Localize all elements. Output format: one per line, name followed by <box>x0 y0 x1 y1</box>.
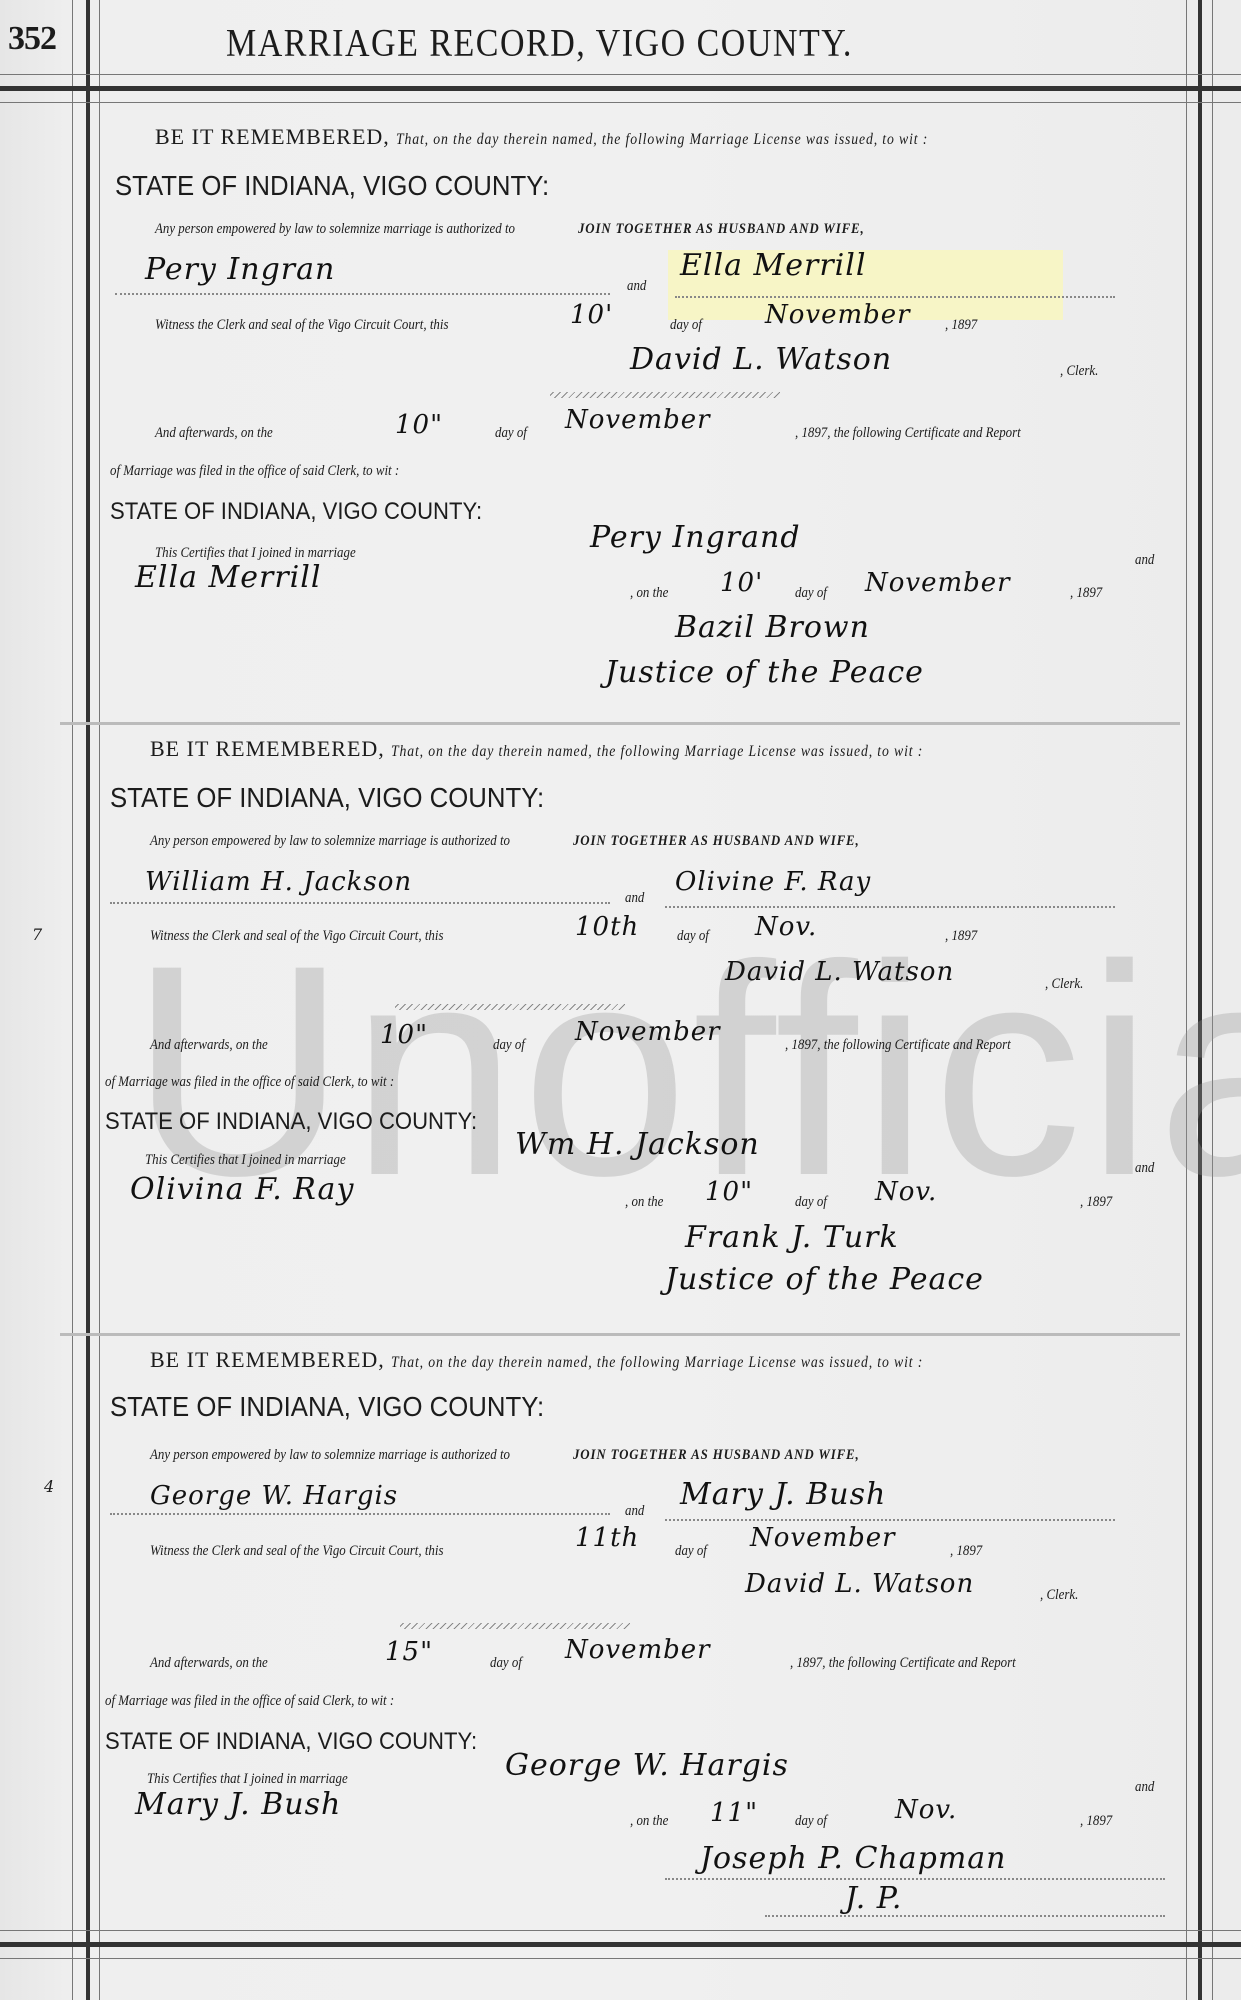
authorization-line: Any person empowered by law to solemnize… <box>155 220 911 238</box>
cert-bride-name: Olivina F. Ray <box>130 1172 354 1207</box>
license-intro: That, on the day therein named, the foll… <box>396 131 928 149</box>
authorization-text: Any person empowered by law to solemnize… <box>150 833 510 850</box>
day-of-label: day of <box>795 585 827 602</box>
join-together-text: JOIN TOGETHER AS HUSBAND AND WIFE, <box>578 221 865 238</box>
authorization-text: Any person empowered by law to solemnize… <box>155 221 515 238</box>
authorization-text: Any person empowered by law to solemnize… <box>150 1447 510 1464</box>
license-month: November <box>750 1523 896 1553</box>
and-label: and <box>625 1503 644 1520</box>
state-heading: STATE OF INDIANA, VIGO COUNTY: <box>110 1391 544 1423</box>
license-day: 10th <box>575 912 639 942</box>
day-of-label: day of <box>490 1655 522 1672</box>
groom-name: George W. Hargis <box>150 1481 398 1511</box>
filed-month: November <box>565 405 711 435</box>
license-day: 10' <box>570 300 613 330</box>
footer-rule <box>0 1958 1241 1959</box>
day-of-label: day of <box>493 1037 525 1054</box>
groom-name: Pery Ingran <box>145 252 335 287</box>
be-it-label: BE IT REMEMBERED, <box>150 736 385 761</box>
officiant-title: Justice of the Peace <box>605 655 924 690</box>
record-divider <box>60 1333 1180 1336</box>
cert-day: 11" <box>710 1798 758 1828</box>
year-label: , 1897 <box>1070 585 1102 602</box>
year-digit: 7 <box>971 928 977 944</box>
officiant-signature: Joseph P. Chapman <box>700 1841 1007 1876</box>
bride-line <box>665 1519 1115 1521</box>
be-it-remembered: BE IT REMEMBERED, That, on the day there… <box>155 124 1015 150</box>
page-title: MARRIAGE RECORD, VIGO COUNTY. <box>226 22 853 66</box>
bride-line <box>675 296 1115 298</box>
margin-note: 4 <box>44 1477 54 1496</box>
officiant-signature: Frank J. Turk <box>685 1220 899 1255</box>
following-cert-text: , 1897, the following Certificate and Re… <box>795 425 1021 442</box>
filed-text: of Marriage was filed in the office of s… <box>110 463 399 480</box>
wavy-separator <box>400 1623 630 1629</box>
filed-day: 10" <box>395 410 443 440</box>
afterwards-text: And afterwards, on the <box>155 425 273 442</box>
cert-report-text: , the following Certificate and Report <box>827 425 1020 441</box>
authorization-line: Any person empowered by law to solemnize… <box>150 1446 906 1464</box>
year-prefix: , 189 <box>950 1543 976 1559</box>
filed-text: of Marriage was filed in the office of s… <box>105 1693 394 1710</box>
filed-day: 15" <box>385 1637 433 1667</box>
and-label: and <box>1135 1160 1154 1177</box>
cert-groom-name: George W. Hargis <box>505 1748 789 1783</box>
clerk-label: , Clerk. <box>1040 1587 1078 1604</box>
license-intro: That, on the day therein named, the foll… <box>391 1354 923 1372</box>
license-month: Nov. <box>755 912 817 942</box>
wavy-separator <box>395 1004 625 1010</box>
year-prefix: , 189 <box>945 317 971 333</box>
year-prefix: , 189 <box>945 928 971 944</box>
license-month: November <box>765 300 911 330</box>
day-of-label: day of <box>670 317 702 334</box>
groom-name: William H. Jackson <box>145 867 412 897</box>
state-heading: STATE OF INDIANA, VIGO COUNTY: <box>105 1728 477 1756</box>
filed-day: 10" <box>380 1020 428 1050</box>
state-heading: STATE OF INDIANA, VIGO COUNTY: <box>105 1108 477 1136</box>
header-rule <box>0 102 1241 103</box>
groom-line <box>110 902 610 904</box>
year-digit: 7 <box>976 1543 982 1559</box>
year-digit: 7 <box>971 317 977 333</box>
afterwards-text: And afterwards, on the <box>150 1655 268 1672</box>
filed-month: November <box>565 1635 711 1665</box>
state-heading: STATE OF INDIANA, VIGO COUNTY: <box>110 782 544 814</box>
clerk-label: , Clerk. <box>1060 363 1098 380</box>
following-cert-text: , 1897, the following Certificate and Re… <box>790 1655 1016 1672</box>
right-margin-rule <box>1186 0 1187 2000</box>
left-margin-rule <box>72 0 73 2000</box>
and-label: and <box>627 278 646 295</box>
year-prefix: , 189 <box>785 1037 811 1053</box>
header-rule-thick <box>0 86 1241 91</box>
groom-line <box>115 293 610 295</box>
bride-name: Ella Merrill <box>680 248 866 283</box>
cert-groom-name: Wm H. Jackson <box>515 1127 760 1162</box>
year-prefix: , 189 <box>1080 1813 1106 1829</box>
groom-line <box>110 1513 610 1515</box>
cert-month: Nov. <box>895 1795 957 1825</box>
state-heading: STATE OF INDIANA, VIGO COUNTY: <box>110 498 482 526</box>
witness-text: Witness the Clerk and seal of the Vigo C… <box>150 928 443 945</box>
filed-text: of Marriage was filed in the office of s… <box>105 1074 394 1091</box>
right-margin-rule <box>1212 0 1213 2000</box>
state-heading: STATE OF INDIANA, VIGO COUNTY: <box>115 170 549 202</box>
be-it-label: BE IT REMEMBERED, <box>150 1347 385 1372</box>
cert-report-text: , the following Certificate and Report <box>817 1037 1010 1053</box>
wavy-separator <box>550 392 780 398</box>
year-digit: 7 <box>1096 585 1102 601</box>
cert-bride-name: Ella Merrill <box>135 560 321 595</box>
year-prefix: , 189 <box>1080 1194 1106 1210</box>
clerk-signature: David L. Watson <box>745 1569 974 1599</box>
filed-month: November <box>575 1017 721 1047</box>
year-prefix: , 189 <box>795 425 821 441</box>
on-the-label: , on the <box>630 1813 668 1830</box>
license-day: 11th <box>575 1523 639 1553</box>
left-margin-rule <box>99 0 100 2000</box>
year-label: , 1897 <box>950 1543 982 1560</box>
right-margin-rule-thick <box>1198 0 1202 2000</box>
year-label: , 1897 <box>1080 1813 1112 1830</box>
certifies-text: This Certifies that I joined in marriage <box>145 1152 346 1169</box>
record-divider <box>60 722 1180 725</box>
footer-rule-thick <box>0 1942 1241 1947</box>
join-together-text: JOIN TOGETHER AS HUSBAND AND WIFE, <box>573 833 860 850</box>
bride-name: Olivine F. Ray <box>675 867 871 897</box>
clerk-signature: David L. Watson <box>725 957 954 987</box>
and-label: and <box>1135 552 1154 569</box>
ledger-page: 352 MARRIAGE RECORD, VIGO COUNTY. 7 4 Un… <box>0 0 1241 2000</box>
officiant-signature: Bazil Brown <box>675 610 870 645</box>
day-of-label: day of <box>795 1194 827 1211</box>
be-it-label: BE IT REMEMBERED, <box>155 124 390 149</box>
year-digit: 7 <box>1106 1194 1112 1210</box>
witness-text: Witness the Clerk and seal of the Vigo C… <box>150 1543 443 1560</box>
join-together-text: JOIN TOGETHER AS HUSBAND AND WIFE, <box>573 1447 860 1464</box>
page-number: 352 <box>8 20 56 58</box>
on-the-label: , on the <box>630 585 668 602</box>
cert-bride-name: Mary J. Bush <box>135 1787 341 1822</box>
authorization-line: Any person empowered by law to solemnize… <box>150 832 906 850</box>
margin-note: 7 <box>32 925 42 944</box>
cert-groom-name: Pery Ingrand <box>590 520 801 555</box>
title-line <box>765 1915 1165 1917</box>
day-of-label: day of <box>675 1543 707 1560</box>
day-of-label: day of <box>677 928 709 945</box>
officiant-line <box>665 1878 1165 1880</box>
year-label: , 1897 <box>945 317 977 334</box>
and-label: and <box>625 890 644 907</box>
afterwards-text: And afterwards, on the <box>150 1037 268 1054</box>
officiant-title: J. P. <box>845 1881 902 1916</box>
and-label: and <box>1135 1779 1154 1796</box>
year-prefix: , 189 <box>790 1655 816 1671</box>
year-prefix: , 189 <box>1070 585 1096 601</box>
left-margin-rule-thick <box>86 0 90 2000</box>
witness-text: Witness the Clerk and seal of the Vigo C… <box>155 317 448 334</box>
be-it-remembered: BE IT REMEMBERED, That, on the day there… <box>150 1347 1010 1373</box>
year-label: , 1897 <box>1080 1194 1112 1211</box>
header-rule <box>0 74 1241 75</box>
cert-report-text: , the following Certificate and Report <box>822 1655 1015 1671</box>
day-of-label: day of <box>795 1813 827 1830</box>
clerk-label: , Clerk. <box>1045 976 1083 993</box>
cert-month: November <box>865 568 1011 598</box>
on-the-label: , on the <box>625 1194 663 1211</box>
year-digit: 7 <box>1106 1813 1112 1829</box>
be-it-remembered: BE IT REMEMBERED, That, on the day there… <box>150 736 1010 762</box>
footer-rule <box>0 1930 1241 1931</box>
certifies-text: This Certifies that I joined in marriage <box>147 1771 348 1788</box>
day-of-label: day of <box>495 425 527 442</box>
year-label: , 1897 <box>945 928 977 945</box>
cert-day: 10" <box>705 1177 753 1207</box>
bride-name: Mary J. Bush <box>680 1477 886 1512</box>
license-intro: That, on the day therein named, the foll… <box>391 743 923 761</box>
officiant-title: Justice of the Peace <box>665 1262 984 1297</box>
cert-month: Nov. <box>875 1177 937 1207</box>
cert-day: 10' <box>720 568 763 598</box>
bride-line <box>665 906 1115 908</box>
clerk-signature: David L. Watson <box>630 342 892 377</box>
following-cert-text: , 1897, the following Certificate and Re… <box>785 1037 1011 1054</box>
